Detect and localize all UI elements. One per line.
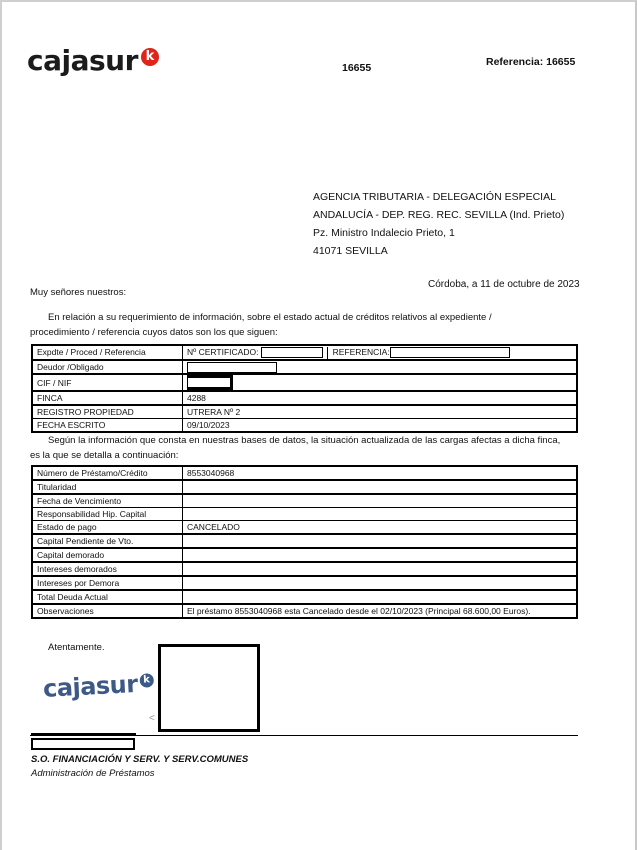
table-row: Responsabilidad Hip. Capital <box>32 508 577 521</box>
stamp-k-icon: k <box>139 673 154 688</box>
row-value <box>183 360 578 374</box>
redacted-certificate <box>261 347 323 358</box>
address-line: ANDALUCÍA - DEP. REG. REC. SEVILLA (Ind.… <box>313 206 564 224</box>
row-value <box>183 374 578 391</box>
redacted-signer-name <box>31 738 135 750</box>
row-value: El préstamo 8553040968 esta Cancelado de… <box>183 604 578 618</box>
address-line: Pz. Ministro Indalecio Prieto, 1 <box>313 224 564 242</box>
stamp-text: cajasur <box>42 670 138 703</box>
signature-stamp-logo: cajasurk <box>42 669 154 703</box>
table-row: Intereses por Demora <box>32 576 577 590</box>
row-label: Expdte / Proced / Referencia <box>32 345 183 360</box>
reference-number: Referencia: 16655 <box>486 56 575 68</box>
address-line: AGENCIA TRIBUTARIA - DELEGACIÓN ESPECIAL <box>313 188 564 206</box>
table-row: FINCA 4288 <box>32 391 577 405</box>
row-value: Nº CERTIFICADO: REFERENCIA: <box>183 345 578 360</box>
row-label: Capital demorado <box>32 548 183 562</box>
redacted-signature <box>158 644 260 732</box>
status-line: es la que se detalla a continuación: <box>30 448 590 463</box>
table-row: CIF / NIF <box>32 374 577 391</box>
certificate-label: Nº CERTIFICADO: <box>187 347 258 357</box>
table-row: REGISTRO PROPIEDAD UTRERA Nº 2 <box>32 405 577 419</box>
table-row: Capital demorado <box>32 548 577 562</box>
row-label: Capital Pendiente de Vto. <box>32 534 183 548</box>
table-row: Capital Pendiente de Vto. <box>32 534 577 548</box>
table-row: Fecha de Vencimiento <box>32 494 577 508</box>
address-line: 41071 SEVILLA <box>313 242 564 260</box>
row-label: Deudor /Obligado <box>32 360 183 374</box>
row-label: Titularidad <box>32 480 183 494</box>
row-value <box>183 576 578 590</box>
case-table: Expdte / Proced / Referencia Nº CERTIFIC… <box>31 344 578 433</box>
row-value <box>183 534 578 548</box>
table-row: Estado de pagoCANCELADO <box>32 521 577 535</box>
cajasur-logo: cajasurk <box>27 44 159 77</box>
row-label: FINCA <box>32 391 183 405</box>
intro-paragraph: En relación a su requerimiento de inform… <box>30 310 590 340</box>
table-row: Intereses demorados <box>32 562 577 576</box>
row-label: Intereses demorados <box>32 562 183 576</box>
document-number: 16655 <box>342 62 371 74</box>
row-label: REGISTRO PROPIEDAD <box>32 405 183 419</box>
row-label: Responsabilidad Hip. Capital <box>32 508 183 521</box>
row-label: Total Deuda Actual <box>32 590 183 604</box>
reference-label: REFERENCIA: <box>333 347 390 357</box>
row-label: FECHA ESCRITO <box>32 419 183 433</box>
redacted-reference <box>390 347 510 358</box>
logo-k-icon: k <box>141 48 159 66</box>
intro-line: En relación a su requerimiento de inform… <box>30 310 590 325</box>
row-label: Fecha de Vencimiento <box>32 494 183 508</box>
intro-line: procedimiento / referencia cuyos datos s… <box>30 325 590 340</box>
row-value <box>183 480 578 494</box>
row-label: Observaciones <box>32 604 183 618</box>
table-row: Deudor /Obligado <box>32 360 577 374</box>
table-row: Expdte / Proced / Referencia Nº CERTIFIC… <box>32 345 577 360</box>
signature-stroke-icon: < <box>149 713 155 724</box>
row-label: Número de Préstamo/Crédito <box>32 466 183 480</box>
department: S.O. FINANCIACIÓN Y SERV. Y SERV.COMUNES <box>31 754 248 765</box>
status-paragraph: Según la información que consta en nuest… <box>30 433 590 463</box>
row-label: Intereses por Demora <box>32 576 183 590</box>
status-line: Según la información que consta en nuest… <box>30 433 590 448</box>
row-value: 4288 <box>183 391 578 405</box>
subdepartment: Administración de Préstamos <box>31 768 155 779</box>
logo-text: cajasur <box>27 44 138 77</box>
table-row: ObservacionesEl préstamo 8553040968 esta… <box>32 604 577 618</box>
row-value <box>183 494 578 508</box>
cell-divider <box>327 347 328 359</box>
row-value: CANCELADO <box>183 521 578 535</box>
table-row: Titularidad <box>32 480 577 494</box>
greeting: Muy señores nuestros: <box>30 287 126 298</box>
loan-table: Número de Préstamo/Crédito8553040968 Tit… <box>31 465 578 619</box>
row-value <box>183 562 578 576</box>
closing: Atentamente. <box>48 642 105 653</box>
divider <box>30 735 578 736</box>
redacted-nif <box>187 375 233 390</box>
table-row: FECHA ESCRITO 09/10/2023 <box>32 419 577 433</box>
place-date: Córdoba, a 11 de octubre de 2023 <box>428 279 580 290</box>
row-label: Estado de pago <box>32 521 183 535</box>
row-value <box>183 590 578 604</box>
row-label: CIF / NIF <box>32 374 183 391</box>
redacted-debtor <box>187 362 277 373</box>
row-value <box>183 508 578 521</box>
row-value: 09/10/2023 <box>183 419 578 433</box>
recipient-address: AGENCIA TRIBUTARIA - DELEGACIÓN ESPECIAL… <box>313 188 564 260</box>
table-row: Número de Préstamo/Crédito8553040968 <box>32 466 577 480</box>
row-value <box>183 548 578 562</box>
row-value: 8553040968 <box>183 466 578 480</box>
row-value: UTRERA Nº 2 <box>183 405 578 419</box>
table-row: Total Deuda Actual <box>32 590 577 604</box>
